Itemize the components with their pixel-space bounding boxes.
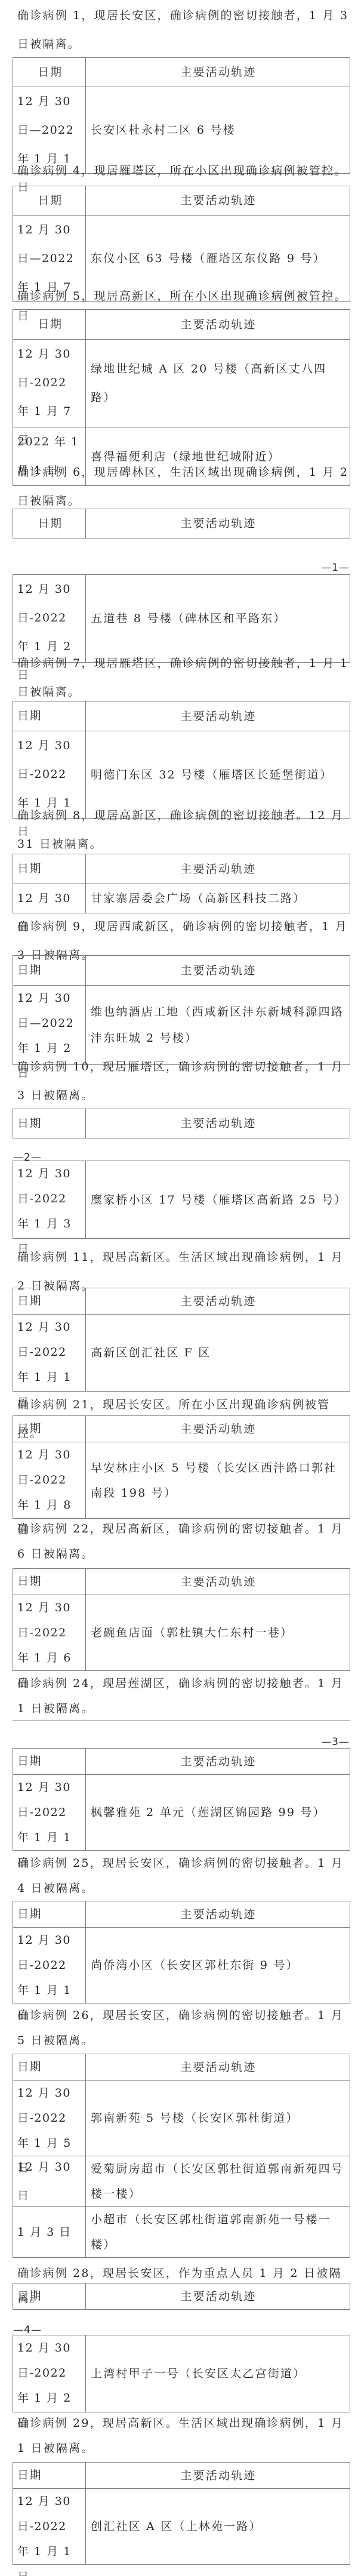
case-22-table: 日期 主要活动轨迹 12 月 30 日-2022 年 1 月 6 日 老碗鱼店面… — [13, 1568, 350, 1671]
table-row: 12 月 30 日-2022 年 1 月 1 日 尚侨湾小区（长安区郭杜东街 9… — [13, 1927, 350, 2003]
header-date: 日期 — [13, 58, 86, 87]
header-track: 主要活动轨迹 — [86, 1569, 350, 1595]
case-29-table: 日期 主要活动轨迹 12 月 30 日-2022 年 1 月 1 日 创汇社区 … — [13, 2462, 350, 2565]
table-header-row: 日期 主要活动轨迹 — [13, 854, 350, 884]
case-8-table: 日期 主要活动轨迹 12 月 30 日 甘家寨居委会广场（高新区科技二路） — [13, 854, 350, 913]
row-track: 早安林庄小区 5 号楼（长安区西沣路口郭社南段 198 号） — [86, 1442, 350, 1518]
case-26-intro: 确诊病例 26，现居长安区，确诊病例的密切接触者。1 月 5 日被隔离。 — [17, 2003, 349, 2053]
row-date: 12 月 30 日-2022 年 1 月 5 日 — [13, 2081, 86, 2156]
row-track: 创汇社区 A 区（上林苑一路） — [86, 2489, 350, 2564]
row-track: 绿地世纪城 A 区 20 号楼（高新区丈八四路） — [86, 340, 350, 427]
header-date: 日期 — [13, 1569, 86, 1595]
row-track: 甘家寨居委会广场（高新区科技二路） — [86, 884, 350, 913]
row-date: 12 月 30 日-2022 年 1 月 1 日 — [13, 1775, 86, 1850]
table-header-row: 日期 主要活动轨迹 — [13, 58, 350, 87]
header-track: 主要活动轨迹 — [86, 956, 350, 985]
table-row: 12 月 30 日-2022 年 1 月 1 日 高新区创汇社区 F 区 — [13, 1314, 350, 1391]
table-header-row: 日期 主要活动轨迹 — [13, 1109, 350, 1138]
header-track: 主要活动轨迹 — [86, 1901, 350, 1927]
page-number-4: —4— — [13, 2324, 42, 2336]
case-6-intro: 确诊病例 6，现居碑林区，生活区域出现确诊病例，1 月 2 日被隔离。 — [17, 458, 349, 515]
table-header-row: 日期 主要活动轨迹 — [13, 310, 350, 339]
row-track: 枫馨雅苑 2 单元（莲湖区锦园路 99 号） — [86, 1775, 350, 1850]
row-track: 爱菊厨房超市（长安区郭杜街道郭南新苑四号楼一楼） — [86, 2156, 350, 2206]
case-22-intro: 确诊病例 22，现居高新区，确诊病例的密切接触者。1 月 6 日被隔离。 — [17, 1516, 349, 1566]
table-row: 12 月 30 日-2022 年 1 月 5 日 郭南新苑 5 号楼（长安区郭杜… — [13, 2080, 350, 2156]
page-bottom-rule — [13, 1721, 350, 1721]
header-date: 日期 — [13, 701, 86, 731]
header-track: 主要活动轨迹 — [86, 2463, 350, 2488]
header-track: 主要活动轨迹 — [86, 186, 350, 215]
table-header-row: 日期 主要活动轨迹 — [13, 1416, 350, 1442]
row-date: 12 月 30 日-2022 年 1 月 1 日 — [13, 1315, 86, 1391]
row-track: 老碗鱼店面（郭杜镇大仁东村一巷） — [86, 1595, 350, 1670]
header-date: 日期 — [13, 2283, 86, 2309]
case-24-table: 日期 主要活动轨迹 12 月 30 日-2022 年 1 月 1 日 枫馨雅苑 … — [13, 1748, 350, 1851]
row-track: 尚侨湾小区（长安区郭杜东街 9 号） — [86, 1928, 350, 2003]
header-date: 日期 — [13, 1901, 86, 1927]
row-track: 郭南新苑 5 号楼（长安区郭杜街道） — [86, 2081, 350, 2156]
case-25-intro: 确诊病例 25，现居长安区，确诊病例的密切接触者。1 月 4 日被隔离。 — [17, 1851, 349, 1901]
header-date: 日期 — [13, 1288, 86, 1314]
header-date: 日期 — [13, 2463, 86, 2488]
row-date: 12 月 30 日-2022 年 1 月 1 日 — [13, 1928, 86, 2003]
table-header-row: 日期 主要活动轨迹 — [13, 2283, 350, 2309]
table-header-row: 日期 主要活动轨迹 — [13, 1569, 350, 1595]
table-row: 12 月 30 日-2022 年 1 月 8 日 早安林庄小区 5 号楼（长安区… — [13, 1442, 350, 1518]
table-row: 12 月 30 日-2022 年 1 月 1 日 创汇社区 A 区（上林苑一路） — [13, 2488, 350, 2564]
page-number-1: —1— — [321, 562, 350, 574]
row-date: 12 月 30 日-2022 年 1 月 7 日 — [13, 340, 86, 427]
row-date: 12 月 30 日 — [13, 2156, 86, 2206]
header-track: 主要活动轨迹 — [86, 2283, 350, 2309]
header-date: 日期 — [13, 1109, 86, 1138]
row-date: 12 月 30 日-2022 年 1 月 8 日 — [13, 1442, 86, 1518]
case-10-table: 12 月 30 日-2022 年 1 月 3 日 糜家桥小区 17 号楼（雁塔区… — [13, 1161, 350, 1239]
table-row: 12 月 30 日 爱菊厨房超市（长安区郭杜街道郭南新苑四号楼一楼） — [13, 2156, 350, 2206]
header-track: 主要活动轨迹 — [86, 58, 350, 87]
case-4-intro: 确诊病例 4，现居雁塔区，所在小区出现确诊病例被管控。 — [17, 156, 349, 185]
case-28-table-header: 日期 主要活动轨迹 — [13, 2283, 350, 2310]
case-24-intro: 确诊病例 24，现居莲湖区，确诊病例的密切接触者。1 月 1 日被隔离。 — [17, 1671, 349, 1721]
case-21-table: 日期 主要活动轨迹 12 月 30 日-2022 年 1 月 8 日 早安林庄小… — [13, 1415, 350, 1519]
table-row: 12 月 30 日-2022 年 1 月 2 日 上湾村甲子一号（长安区太乙宫街… — [13, 2335, 350, 2412]
page-number-3: —3— — [321, 1736, 350, 1748]
table-row: 12 月 30 日-2022 年 1 月 1 日 枫馨雅苑 2 单元（莲湖区锦园… — [13, 1774, 350, 1850]
table-header-row: 日期 主要活动轨迹 — [13, 701, 350, 731]
table-header-row: 日期 主要活动轨迹 — [13, 509, 350, 538]
header-track: 主要活动轨迹 — [86, 1416, 350, 1442]
table-header-row: 日期 主要活动轨迹 — [13, 2054, 350, 2080]
header-track: 主要活动轨迹 — [86, 1109, 350, 1138]
row-date: 1 月 3 日 — [13, 2207, 86, 2257]
row-track: 糜家桥小区 17 号楼（雁塔区高新路 25 号） — [86, 1161, 350, 1238]
header-date: 日期 — [13, 2054, 86, 2080]
table-header-row: 日期 主要活动轨迹 — [13, 2463, 350, 2488]
case-25-table: 日期 主要活动轨迹 12 月 30 日-2022 年 1 月 1 日 尚侨湾小区… — [13, 1901, 350, 2003]
case-5-intro: 确诊病例 5，现居高新区，所在小区出现确诊病例被管控。 — [17, 282, 349, 310]
case-6-table-header: 日期 主要活动轨迹 — [13, 509, 350, 538]
row-track: 高新区创汇社区 F 区 — [86, 1315, 350, 1391]
table-header-row: 日期 主要活动轨迹 — [13, 1901, 350, 1927]
case-28-table: 12 月 30 日-2022 年 1 月 2 日 上湾村甲子一号（长安区太乙宫街… — [13, 2335, 350, 2412]
header-date: 日期 — [13, 1416, 86, 1442]
header-date: 日期 — [13, 956, 86, 985]
header-date: 日期 — [13, 1749, 86, 1774]
header-date: 日期 — [13, 186, 86, 215]
row-date: 12 月 30 日 — [13, 884, 86, 913]
case-1-intro: 确诊病例 1，现居长安区，确诊病例的密切接触者，1 月 3 日被隔离。 — [17, 1, 349, 59]
case-7-intro: 确诊病例 7，现居雁塔区，确诊病例的密切接触者，1 月 1 日被隔离。 — [17, 649, 349, 706]
header-track: 主要活动轨迹 — [86, 701, 350, 731]
row-date: 12 月 30 日-2022 年 1 月 1 日 — [13, 2489, 86, 2564]
header-track: 主要活动轨迹 — [86, 310, 350, 339]
header-track: 主要活动轨迹 — [86, 509, 350, 538]
case-11-table: 日期 主要活动轨迹 12 月 30 日-2022 年 1 月 1 日 高新区创汇… — [13, 1288, 350, 1392]
table-header-row: 日期 主要活动轨迹 — [13, 1749, 350, 1774]
row-track: 小超市（长安区郭杜街道郭南新苑一号楼一楼） — [86, 2207, 350, 2257]
row-date: 12 月 30 日-2022 年 1 月 3 日 — [13, 1161, 86, 1238]
case-29-intro: 确诊病例 29，现居高新区。生活区域出现确诊病例，1 月 1 日被隔离。 — [17, 2411, 349, 2461]
header-track: 主要活动轨迹 — [86, 854, 350, 884]
header-track: 主要活动轨迹 — [86, 2054, 350, 2080]
table-row: 1 月 3 日 小超市（长安区郭杜街道郭南新苑一号楼一楼） — [13, 2206, 350, 2257]
header-track: 主要活动轨迹 — [86, 1749, 350, 1774]
header-track: 主要活动轨迹 — [86, 1288, 350, 1314]
table-header-row: 日期 主要活动轨迹 — [13, 1288, 350, 1314]
table-row: 12 月 30 日-2022 年 1 月 6 日 老碗鱼店面（郭杜镇大仁东村一巷… — [13, 1595, 350, 1670]
row-date: 12 月 30 日-2022 年 1 月 2 日 — [13, 2335, 86, 2412]
case-9-table: 日期 主要活动轨迹 12 月 30 日—2022 年 1 月 2 日 维也纳酒店… — [13, 955, 350, 1065]
header-date: 日期 — [13, 854, 86, 884]
header-date: 日期 — [13, 509, 86, 538]
row-track: 上湾村甲子一号（长安区太乙宫街道） — [86, 2335, 350, 2412]
header-date: 日期 — [13, 310, 86, 339]
case-10-intro: 确诊病例 10，现居雁塔区，确诊病例的密切接触者，1 月 3 日被隔离。 — [17, 1052, 349, 1110]
row-date: 12 月 30 日-2022 年 1 月 6 日 — [13, 1595, 86, 1670]
case-10-table-header: 日期 主要活动轨迹 — [13, 1109, 350, 1138]
table-header-row: 日期 主要活动轨迹 — [13, 186, 350, 215]
table-row: 12 月 30 日-2022 年 1 月 3 日 糜家桥小区 17 号楼（雁塔区… — [13, 1161, 350, 1238]
table-header-row: 日期 主要活动轨迹 — [13, 956, 350, 985]
case-26-table: 日期 主要活动轨迹 12 月 30 日-2022 年 1 月 5 日 郭南新苑 … — [13, 2054, 350, 2258]
case-8-intro: 确诊病例 8，现居高新区，确诊病例的密切接触者。12 月 31 日被隔离。 — [17, 801, 349, 858]
table-row: 12 月 30 日-2022 年 1 月 7 日 绿地世纪城 A 区 20 号楼… — [13, 339, 350, 427]
table-row: 12 月 30 日 甘家寨居委会广场（高新区科技二路） — [13, 884, 350, 913]
